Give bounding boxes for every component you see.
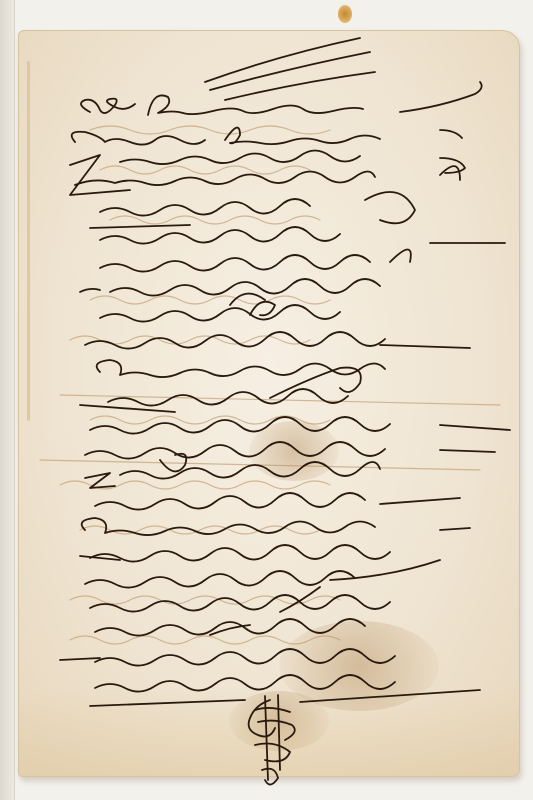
main-script: [60, 38, 510, 706]
handwriting-strokes: [0, 0, 533, 800]
signature-rubric: [249, 695, 295, 785]
bleed-through-script: [40, 126, 500, 644]
